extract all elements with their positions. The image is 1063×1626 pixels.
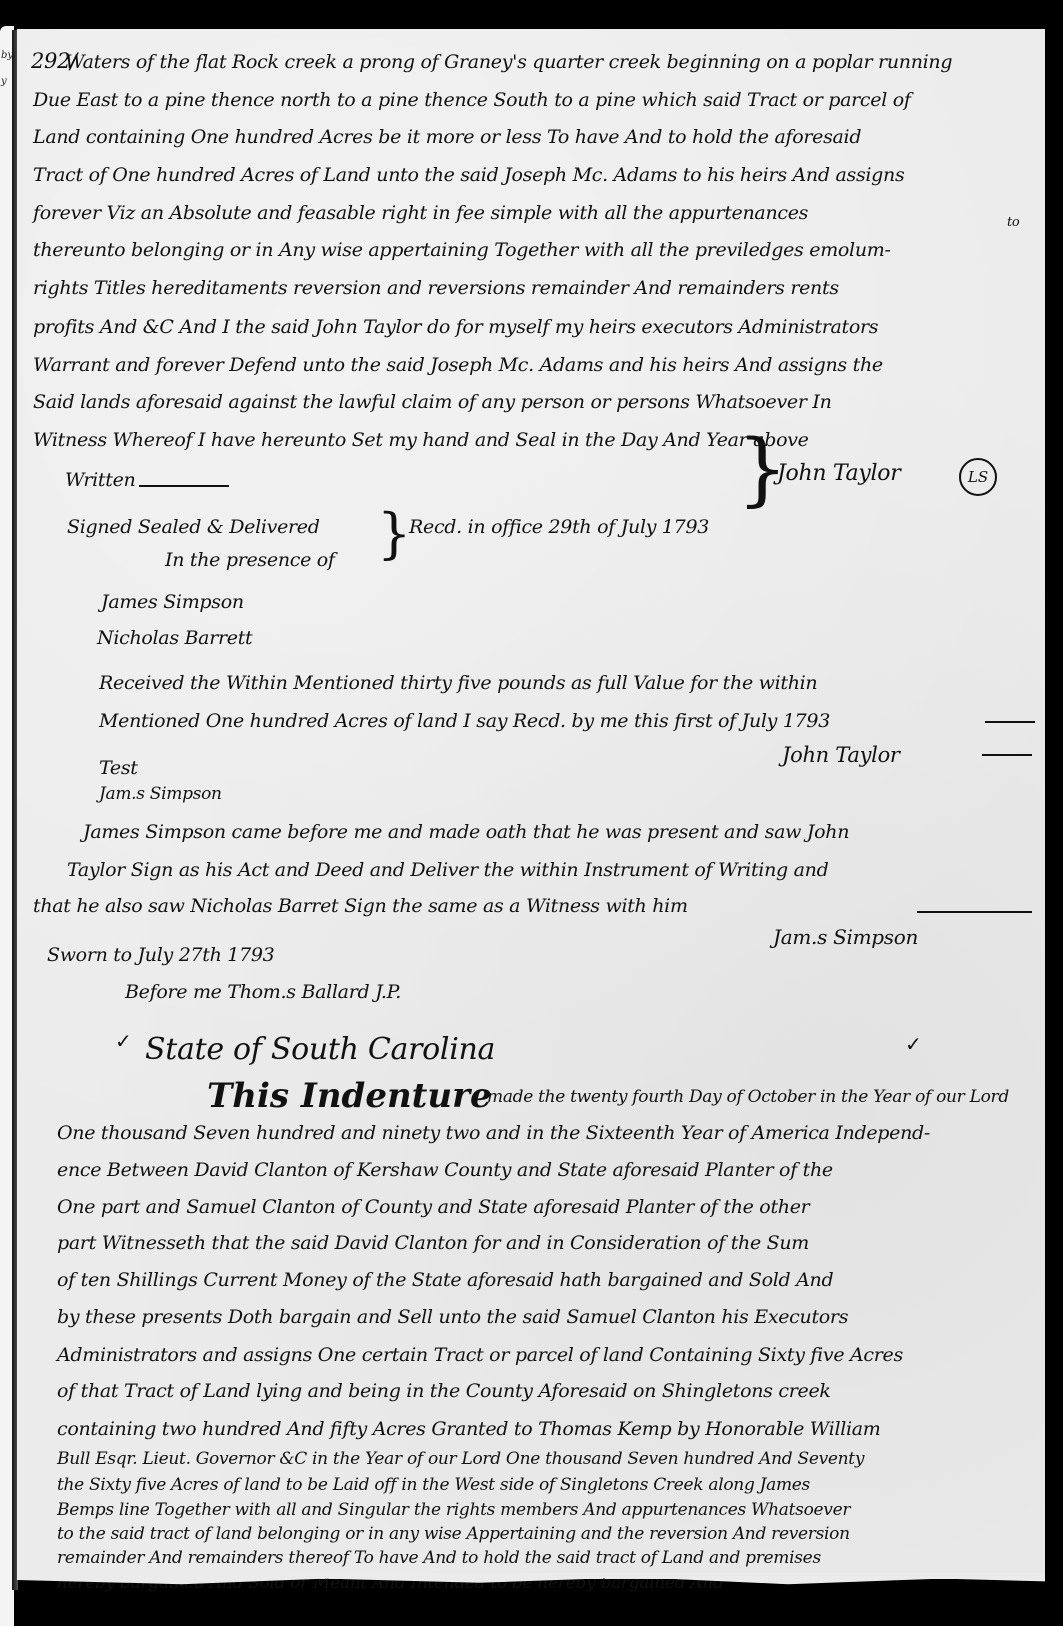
oath-line: Taylor Sign as his Act and Deed and Deli… bbox=[67, 859, 828, 881]
deed2-line: hereby bargained And Sold or Meant And I… bbox=[57, 1573, 724, 1593]
deed2-line: remainder And remainders thereof To have… bbox=[57, 1548, 821, 1568]
deed1-line: Witness Whereof I have hereunto Set my h… bbox=[33, 429, 809, 451]
oath-signer: Jam.s Simpson bbox=[773, 925, 918, 949]
deed2-line: Bemps line Together with all and Singula… bbox=[57, 1500, 850, 1520]
witness-name: James Simpson bbox=[101, 591, 244, 613]
deed1-line: profits And &C And I the said John Taylo… bbox=[33, 316, 878, 338]
test-label: Test bbox=[99, 757, 138, 779]
deed2-line: to the said tract of land belonging or i… bbox=[57, 1524, 850, 1544]
deed2-line: made the twenty fourth Day of October in… bbox=[487, 1087, 1009, 1107]
deed1-line: forever Viz an Absolute and feasable rig… bbox=[33, 202, 808, 224]
deed2-line: containing two hundred And fifty Acres G… bbox=[57, 1418, 881, 1440]
check-mark-icon: ✓ bbox=[115, 1029, 132, 1053]
recorded-date: Recd. in office 29th of July 1793 bbox=[409, 516, 709, 538]
deed2-line: the Sixty five Acres of land to be Laid … bbox=[57, 1475, 810, 1495]
in-presence-label: In the presence of bbox=[165, 549, 335, 571]
deed2-line: ence Between David Clanton of Kershaw Co… bbox=[57, 1159, 833, 1181]
deed2-line: of ten Shillings Current Money of the St… bbox=[57, 1269, 833, 1291]
oath-line: James Simpson came before me and made oa… bbox=[83, 821, 849, 843]
margin-scrap: y bbox=[1, 76, 7, 87]
deed2-line: One part and Samuel Clanton of County an… bbox=[57, 1196, 809, 1218]
oath-line: that he also saw Nicholas Barret Sign th… bbox=[33, 895, 688, 917]
signer-name: John Taylor bbox=[777, 461, 900, 486]
justice-attestation: Before me Thom.s Ballard J.P. bbox=[125, 981, 401, 1003]
signed-sealed-label: Signed Sealed & Delivered bbox=[67, 516, 320, 538]
receipt-line: Received the Within Mentioned thirty fiv… bbox=[99, 672, 817, 694]
deed1-line: Warrant and forever Defend unto the said… bbox=[33, 354, 883, 376]
deed2-line: Administrators and assigns One certain T… bbox=[57, 1344, 903, 1366]
sworn-date: Sworn to July 27th 1793 bbox=[47, 944, 274, 966]
written-label: Written bbox=[65, 469, 136, 491]
deed1-line: Said lands aforesaid against the lawful … bbox=[33, 391, 832, 413]
dash-rule bbox=[985, 721, 1035, 723]
dash-rule bbox=[917, 911, 1032, 913]
deed1-line: Waters of the flat Rock creek a prong of… bbox=[65, 51, 952, 73]
deed1-line: rights Titles hereditaments reversion an… bbox=[33, 277, 839, 299]
deed1-line: Due East to a pine thence north to a pin… bbox=[33, 89, 911, 111]
receipt-signer: John Taylor bbox=[782, 743, 900, 767]
deed2-heading: State of South Carolina bbox=[145, 1032, 495, 1067]
check-mark-icon: ✓ bbox=[905, 1032, 922, 1056]
deed2-line: by these presents Doth bargain and Sell … bbox=[57, 1306, 848, 1328]
receipt-line: Mentioned One hundred Acres of land I sa… bbox=[99, 710, 830, 732]
manuscript-page: 292/ Waters of the flat Rock creek a pro… bbox=[17, 29, 1045, 1579]
test-witness: Jam.s Simpson bbox=[99, 784, 222, 804]
dash-rule bbox=[982, 754, 1032, 756]
seal-mark: LS bbox=[959, 458, 997, 496]
deed2-line: One thousand Seven hundred and ninety tw… bbox=[57, 1122, 930, 1144]
witness-name: Nicholas Barrett bbox=[97, 627, 252, 649]
bracket: } bbox=[377, 507, 411, 561]
deed2-title: This Indenture bbox=[207, 1076, 492, 1116]
deed2-line: part Witnesseth that the said David Clan… bbox=[57, 1232, 809, 1254]
deed1-line: Land containing One hundred Acres be it … bbox=[33, 126, 861, 148]
deed2-line: of that Tract of Land lying and being in… bbox=[57, 1380, 831, 1402]
superscript-insertion: to bbox=[1007, 215, 1019, 230]
deed1-line: Tract of One hundred Acres of Land unto … bbox=[33, 164, 904, 186]
deed1-line: thereunto belonging or in Any wise apper… bbox=[33, 239, 891, 261]
dash-rule bbox=[139, 485, 229, 487]
deed2-line: Bull Esqr. Lieut. Governor &C in the Yea… bbox=[57, 1449, 864, 1469]
